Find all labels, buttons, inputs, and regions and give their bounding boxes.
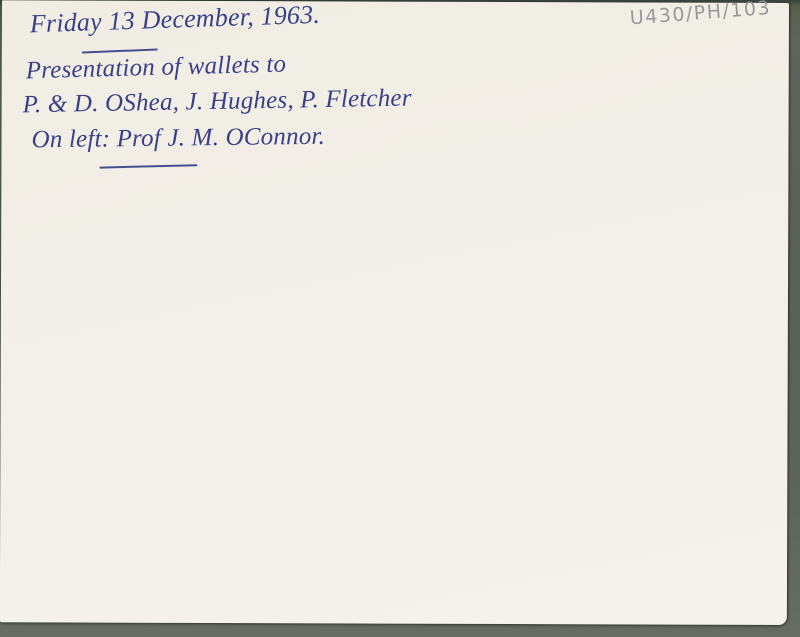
handwritten-date-line: Friday 13 December, 1963. <box>29 0 320 39</box>
date-underline <box>82 48 158 53</box>
handwritten-caption-line-1: Presentation of wallets to <box>25 51 286 86</box>
handwritten-caption-line-3: On left: Prof J. M. OConnor. <box>31 123 325 155</box>
archival-reference-pencil: U430/PH/103 <box>629 0 772 29</box>
scanner-background: Friday 13 December, 1963. Presentation o… <box>0 0 800 637</box>
photograph-back: Friday 13 December, 1963. Presentation o… <box>0 0 789 625</box>
name-underline <box>99 164 197 169</box>
handwritten-caption-line-2: P. & D. OShea, J. Hughes, P. Fletcher <box>22 85 411 120</box>
